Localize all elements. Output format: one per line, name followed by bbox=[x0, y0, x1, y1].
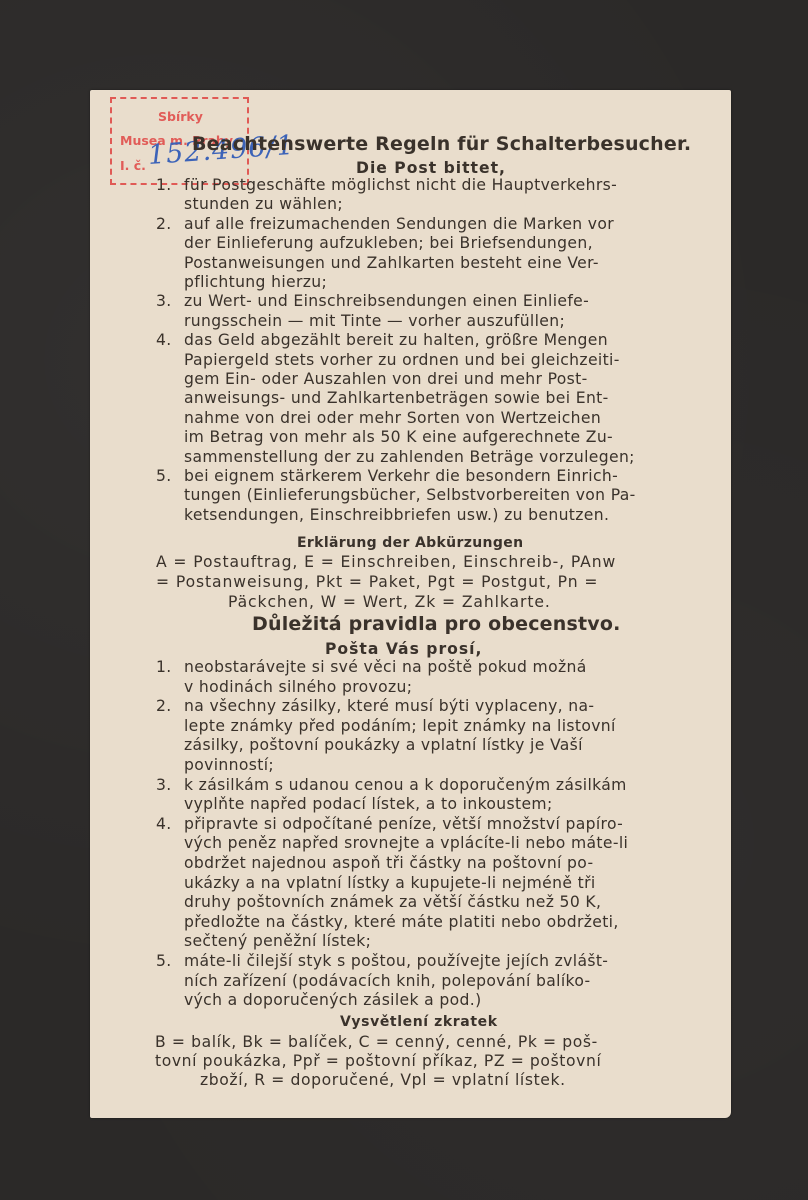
rule-line: druhy poštovních známek za větší částku … bbox=[184, 893, 714, 911]
rule-number: 1. bbox=[156, 176, 172, 194]
rule-line: ních zařízení (podávacích knih, polepová… bbox=[184, 972, 714, 990]
german-intro: Die Post bittet, bbox=[356, 159, 506, 177]
rule-line: vých a doporučených zásilek a pod.) bbox=[184, 991, 714, 1009]
rule-line: máte-li čilejší styk s poštou, používejt… bbox=[184, 952, 714, 970]
rule-line: pflichtung hierzu; bbox=[184, 273, 714, 291]
rule-line: anweisungs- und Zahlkartenbeträgen sowie… bbox=[184, 389, 714, 407]
german-abbr-line: A = Postauftrag, E = Einschreiben, Einsc… bbox=[156, 553, 616, 571]
rule-line: připravte si odpočítané peníze, větší mn… bbox=[184, 815, 714, 833]
rule-line: sečtený peněžní lístek; bbox=[184, 932, 714, 950]
rule-line: das Geld abgezählt bereit zu halten, grö… bbox=[184, 331, 714, 349]
rule-line: für Postgeschäfte möglichst nicht die Ha… bbox=[184, 176, 714, 194]
rule-line: k zásilkám s udanou cenou a k doporučený… bbox=[184, 776, 714, 794]
rule-line: Papiergeld stets vorher zu ordnen und be… bbox=[184, 351, 714, 369]
czech-abbr-line: zboží, R = doporučené, Vpl = vplatní lís… bbox=[200, 1071, 566, 1089]
rule-line: předložte na částky, které máte platiti … bbox=[184, 913, 714, 931]
rule-number: 4. bbox=[156, 815, 172, 833]
german-abbr-title: Erklärung der Abkürzungen bbox=[297, 535, 523, 551]
rule-number: 1. bbox=[156, 658, 172, 676]
rule-number: 3. bbox=[156, 776, 172, 794]
rule-number: 3. bbox=[156, 292, 172, 310]
rule-number: 2. bbox=[156, 215, 172, 233]
czech-abbr-title: Vysvětlení zkratek bbox=[340, 1014, 498, 1030]
czech-title: Důležitá pravidla pro obecenstvo. bbox=[252, 613, 621, 635]
rule-line: na všechny zásilky, které musí býti vypl… bbox=[184, 697, 714, 715]
rule-line: v hodinách silného provozu; bbox=[184, 678, 714, 696]
rule-line: bei eignem stärkerem Verkehr die besonde… bbox=[184, 467, 714, 485]
stamp-line-1: Sbírky bbox=[158, 105, 203, 128]
rule-number: 2. bbox=[156, 697, 172, 715]
czech-abbr-line: tovní poukázka, Ppř = poštovní příkaz, P… bbox=[155, 1052, 601, 1070]
stamp-line-3: I. č. bbox=[120, 154, 146, 177]
rule-line: nahme von drei oder mehr Sorten von Wert… bbox=[184, 409, 714, 427]
rule-number: 5. bbox=[156, 952, 172, 970]
rule-line: lepte známky před podáním; lepit známky … bbox=[184, 717, 714, 735]
rule-line: zu Wert- und Einschreibsendungen einen E… bbox=[184, 292, 714, 310]
rule-line: Postanweisungen und Zahlkarten besteht e… bbox=[184, 254, 714, 272]
german-title: Beachtenswerte Regeln für Schalterbesuch… bbox=[192, 133, 691, 155]
german-abbr-line: = Postanweisung, Pkt = Paket, Pgt = Post… bbox=[156, 573, 598, 591]
rule-line: neobstarávejte si své věci na poště poku… bbox=[184, 658, 714, 676]
rule-line: zásilky, poštovní poukázky a vplatní lís… bbox=[184, 736, 714, 754]
rule-line: ketsendungen, Einschreibbriefen usw.) zu… bbox=[184, 506, 714, 524]
rule-line: gem Ein- oder Auszahlen von drei und meh… bbox=[184, 370, 714, 388]
rule-line: sammenstellung der zu zahlenden Beträge … bbox=[184, 448, 714, 466]
rule-number: 4. bbox=[156, 331, 172, 349]
rule-line: tungen (Einlieferungsbücher, Selbstvorbe… bbox=[184, 486, 714, 504]
czech-abbr-line: B = balík, Bk = balíček, C = cenný, cenn… bbox=[155, 1033, 598, 1051]
rule-line: rungsschein — mit Tinte — vorher auszufü… bbox=[184, 312, 714, 330]
rule-line: obdržet najednou aspoň tři částky na poš… bbox=[184, 854, 714, 872]
rule-line: vyplňte napřed podací lístek, a to inkou… bbox=[184, 795, 714, 813]
rule-line: vých peněz napřed srovnejte a vplácíte-l… bbox=[184, 834, 714, 852]
rule-line: ukázky a na vplatní lístky a kupujete-li… bbox=[184, 874, 714, 892]
rule-line: stunden zu wählen; bbox=[184, 195, 714, 213]
rule-line: der Einlieferung aufzukleben; bei Briefs… bbox=[184, 234, 714, 252]
rule-number: 5. bbox=[156, 467, 172, 485]
rule-line: im Betrag von mehr als 50 K eine aufgere… bbox=[184, 428, 714, 446]
rule-line: auf alle freizumachenden Sendungen die M… bbox=[184, 215, 714, 233]
czech-intro: Pošta Vás prosí, bbox=[325, 640, 482, 658]
german-abbr-line: Päckchen, W = Wert, Zk = Zahlkarte. bbox=[228, 593, 551, 611]
rule-line: povinností; bbox=[184, 756, 714, 774]
